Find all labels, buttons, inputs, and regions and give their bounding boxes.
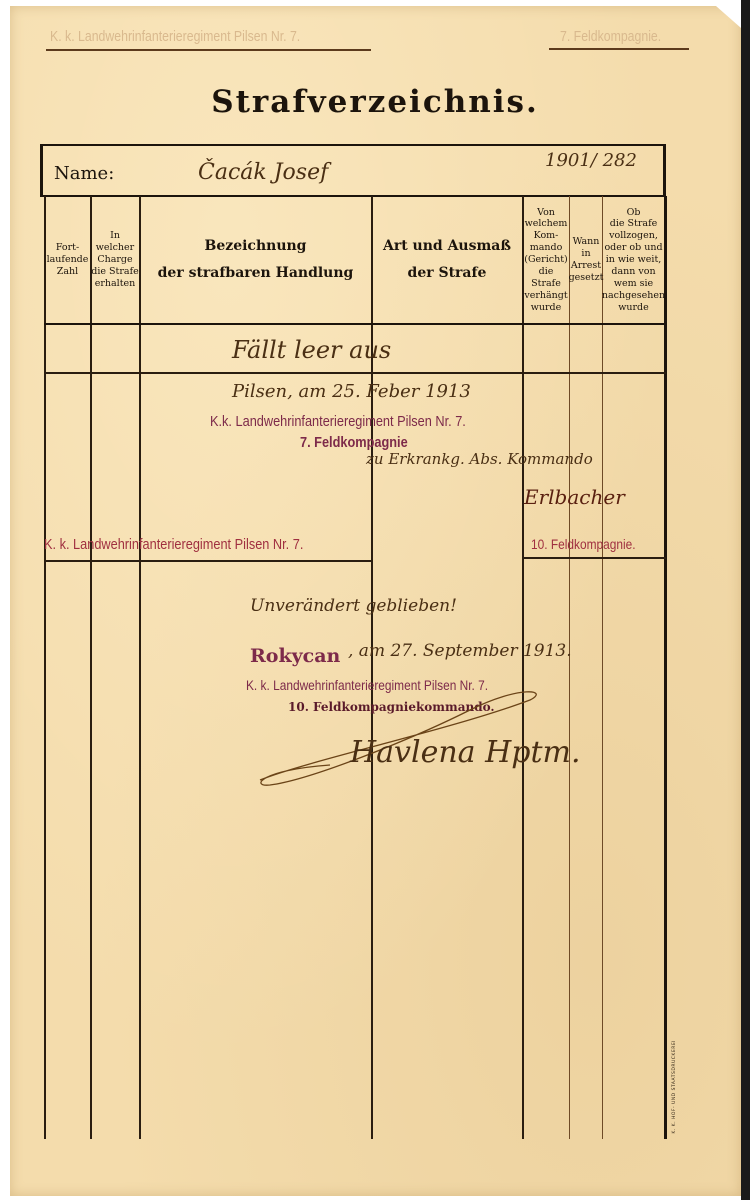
- stamp-company-2: 10. Feldkompagnie.: [531, 536, 636, 552]
- letterhead-rule-left: [46, 49, 371, 51]
- stamp-company-1: 7. Feldkompagnie: [300, 434, 408, 451]
- header-bezeichnung: Bezeichnung der strafbaren Handlung: [140, 197, 371, 323]
- col-line-right: [664, 196, 667, 1139]
- table-top-border: [40, 144, 665, 146]
- empty-note: Fällt leer aus: [232, 336, 391, 364]
- name-row-right-border: [663, 144, 666, 196]
- row-divider-2-right: [524, 557, 666, 559]
- name-value: Čacák Josef: [198, 160, 328, 185]
- header-charge: In welcher Charge die Strafe erhalten: [91, 197, 139, 323]
- letterhead-regiment: K. k. Landwehrinfanterieregiment Pilsen …: [50, 28, 300, 45]
- col-line-6: [569, 196, 570, 1139]
- printer-mark: K. K. HOF- UND STAATSDRUCKEREI: [672, 1040, 677, 1134]
- first-transfer-note: zu Erkrankg. Abs. Kommando: [366, 450, 593, 468]
- col-line-2: [90, 196, 92, 1139]
- header-fortlaufende-zahl: Fort- laufende Zahl: [45, 197, 90, 323]
- name-label: Name:: [54, 163, 114, 184]
- scan-edge: [741, 0, 750, 1200]
- letterhead-company: 7. Feldkompagnie.: [560, 28, 661, 45]
- first-transfer-place-date: Pilsen, am 25. Feber 1913: [232, 381, 471, 402]
- col-line-5: [522, 196, 524, 1139]
- col-line-3: [139, 196, 141, 1139]
- header-vollzogen: Ob die Strafe vollzogen, oder ob und in …: [603, 197, 664, 323]
- letterhead-rule-right: [549, 48, 689, 50]
- header-art-ausmass: Art und Ausmaß der Strafe: [372, 197, 522, 323]
- page-title: Strafverzeichnis.: [0, 84, 750, 120]
- place-rokycan: Rokycan: [250, 645, 340, 667]
- header-arrest: Wann in Arrest gesetzt: [570, 197, 602, 323]
- record-number: 1901/ 282: [545, 150, 637, 171]
- folded-corner: [716, 6, 741, 28]
- row-divider-2-left: [44, 560, 372, 562]
- col-line-1: [44, 196, 46, 1139]
- name-row-left-border: [40, 144, 43, 196]
- header-kommando: Von welchem Kom- mando (Gericht) die Str…: [523, 197, 569, 323]
- second-transfer-date: , am 27. September 1913.: [348, 641, 572, 661]
- stamp-regiment-1: K.k. Landwehrinfanterieregiment Pilsen N…: [210, 413, 466, 430]
- row-divider-1: [44, 372, 666, 374]
- header-bottom-border: [44, 323, 666, 325]
- col-line-7: [602, 196, 603, 1139]
- signature-2: Havlena Hptm.: [350, 735, 581, 770]
- signature-1: Erlbacher: [524, 485, 625, 509]
- remark-unchanged: Unverändert geblieben!: [250, 596, 457, 616]
- stamp-regiment-2: K. k. Landwehrinfanterieregiment Pilsen …: [44, 536, 303, 553]
